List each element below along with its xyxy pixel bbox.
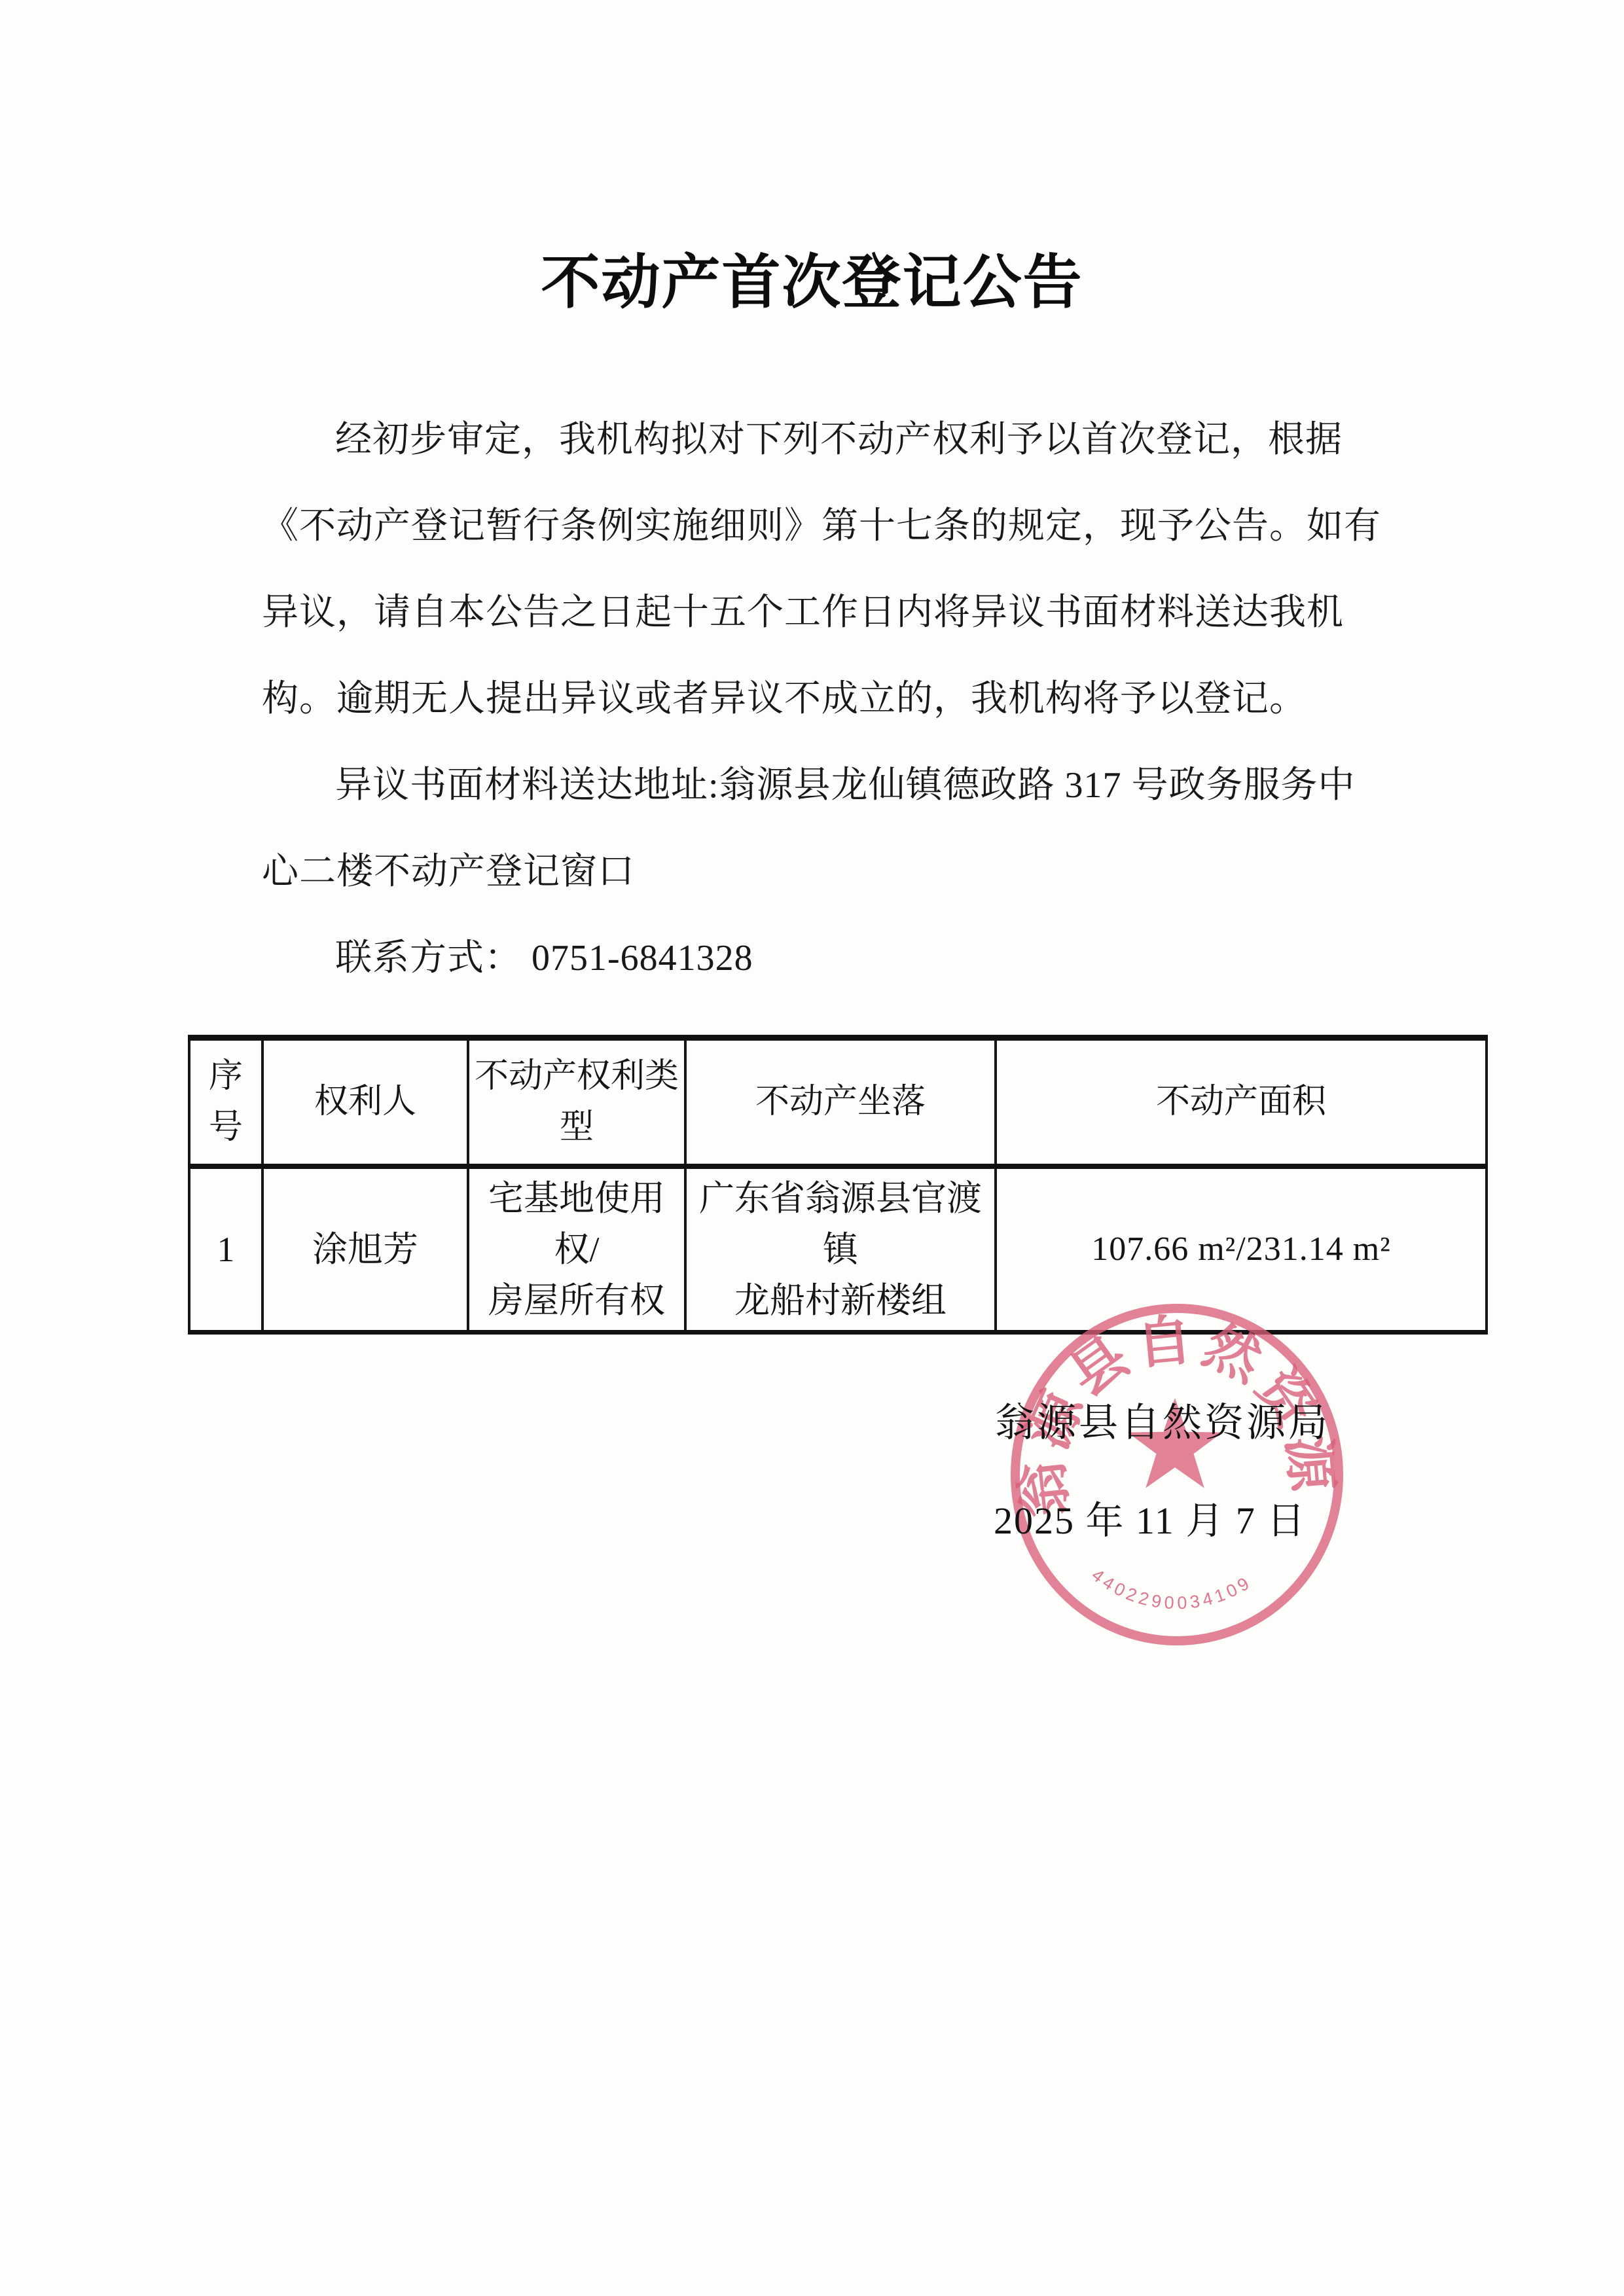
body-line: 构。逾期无人提出异议或者异议不成立的，我机构将予以登记。 <box>262 656 1388 742</box>
issuing-authority: 翁源县自然资源局 <box>995 1391 1330 1448</box>
table-header-row: 序号 权利人 不动产权利类型 不动产坐落 不动产面积 <box>189 1038 1487 1166</box>
cell-owner: 涂旭芳 <box>262 1166 468 1333</box>
announcement-body: 经初步审定，我机构拟对下列不动产权利予以首次登记，根据 《不动产登记暂行条例实施… <box>262 397 1388 1001</box>
announcement-page: 不动产首次登记公告 经初步审定，我机构拟对下列不动产权利予以首次登记，根据 《不… <box>0 0 1624 2296</box>
body-line: 经初步审定，我机构拟对下列不动产权利予以首次登记，根据 <box>262 397 1388 483</box>
body-line-contact: 联系方式： 0751-6841328 <box>262 915 1388 1001</box>
seal-border-circle <box>1015 1308 1339 1641</box>
header-seq: 序号 <box>189 1038 262 1166</box>
body-line-address: 异议书面材料送达地址:翁源县龙仙镇德政路 317 号政务服务中 <box>262 742 1388 829</box>
cell-location-line: 广东省翁源县官渡镇 <box>692 1173 989 1275</box>
cell-seq: 1 <box>189 1166 262 1333</box>
header-type: 不动产权利类型 <box>468 1038 685 1166</box>
table-row: 1 涂旭芳 宅基地使用权/ 房屋所有权 广东省翁源县官渡镇 龙船村新楼组 107… <box>189 1166 1487 1333</box>
cell-location: 广东省翁源县官渡镇 龙船村新楼组 <box>685 1166 996 1333</box>
page-title: 不动产首次登记公告 <box>0 234 1624 319</box>
issue-date: 2025 年 11 月 7 日 <box>994 1490 1306 1545</box>
cell-type-line: 房屋所有权 <box>475 1275 679 1326</box>
body-line: 《不动产登记暂行条例实施细则》第十七条的规定，现予公告。如有 <box>262 483 1388 569</box>
cell-type: 宅基地使用权/ 房屋所有权 <box>468 1166 685 1333</box>
body-line-address: 心二楼不动产登记窗口 <box>262 829 1388 915</box>
cell-location-line: 龙船村新楼组 <box>692 1275 989 1326</box>
registration-table: 序号 权利人 不动产权利类型 不动产坐落 不动产面积 1 涂旭芳 宅基地使用权/… <box>188 1035 1488 1335</box>
header-owner: 权利人 <box>262 1038 468 1166</box>
header-area: 不动产面积 <box>996 1038 1487 1166</box>
seal-serial-number: 4402290034109 <box>1088 1565 1252 1613</box>
body-line: 异议，请自本公告之日起十五个工作日内将异议书面材料送达我机 <box>262 569 1388 656</box>
cell-type-line: 宅基地使用权/ <box>475 1173 679 1275</box>
cell-area: 107.66 m²/231.14 m² <box>996 1166 1487 1333</box>
header-location: 不动产坐落 <box>685 1038 996 1166</box>
